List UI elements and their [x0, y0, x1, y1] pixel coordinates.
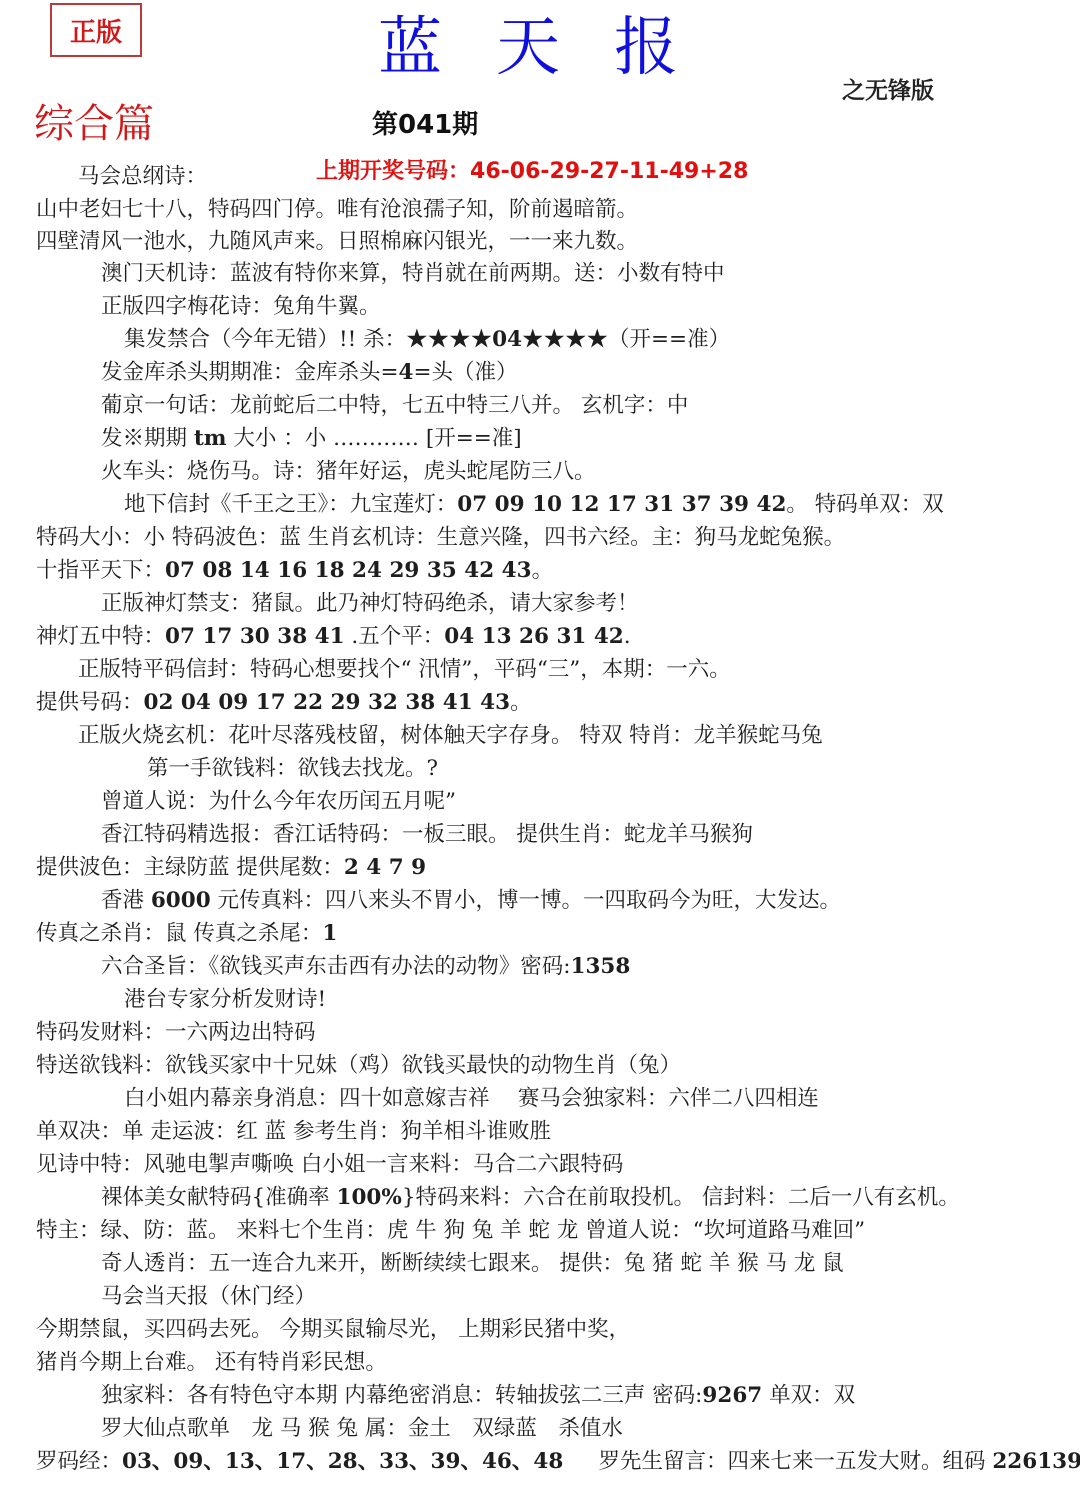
text-line: 罗大仙点歌单 龙 马 猴 兔 属：金土 双绿蓝 杀值水 — [101, 1415, 623, 1443]
text-line: 罗码经：03、09、13、17、28、33、39、46、48 罗先生留言：四来七… — [36, 1448, 1080, 1476]
text-line: 正版四字梅花诗：兔角牛翼。 — [101, 293, 381, 321]
text-line: 火车头：烧伤马。诗：猪年好运，虎头蛇尾防三八。 — [101, 458, 596, 486]
text-line: 第一手欲钱料：欲钱去找龙。? — [147, 755, 438, 783]
text-line: 山中老妇七十八，特码四门停。唯有沧浪孺子知，阶前遏暗箭。 — [36, 196, 638, 224]
text-line: 香港 6000 元传真料：四八来头不胃小，博一博。一四取码今为旺，大发达。 — [101, 887, 841, 915]
text-line: 六合圣旨：《欲钱买声东击西有办法的动物》密码:1358 — [101, 953, 630, 981]
issue-number: 第041期 — [372, 104, 478, 141]
text-line: 马会总纲诗： — [78, 163, 207, 191]
text-line: 四壁清风一池水，九随风声来。日照棉麻闪银光，一一来九数。 — [36, 228, 638, 256]
text-line: 澳门天机诗：蓝波有特你来算，特肖就在前两期。送：小数有特中 — [101, 260, 725, 288]
text-line: 单双决：单 走运波：红 蓝 参考生肖：狗羊相斗谁败胜 — [36, 1118, 551, 1146]
genuine-edition-stamp: 正版 — [50, 3, 142, 57]
text-line: 见诗中特：风驰电掣声嘶唤 白小姐一言来料：马合二六跟特码 — [36, 1151, 623, 1179]
section-title: 综合篇 — [34, 92, 154, 149]
text-line: 地下信封《千王之王》：九宝莲灯：07 09 10 12 17 31 37 39 … — [124, 491, 944, 519]
masthead-char-1: 蓝 — [378, 0, 442, 88]
text-line: 神灯五中特：07 17 30 38 41 .五个平：04 13 26 31 42… — [36, 623, 631, 651]
text-line: 正版特平码信封：特码心想要找个“ 汛情”，平码“三”，本期：一六。 — [78, 656, 731, 684]
text-line: 裸体美女献特码{准确率 100%}特码来料：六合在前取投机。 信封料：二后一八有… — [101, 1184, 960, 1212]
last-draw-label: 上期开奖号码： — [316, 159, 470, 184]
text-line: 港台专家分析发财诗! — [124, 986, 326, 1014]
stamp-text: 正版 — [70, 12, 122, 49]
text-line: 发※期期 tm 大小 ：小 ………… [开==准] — [101, 425, 522, 453]
text-line: 香江特码精选报：香江话特码：一板三眼。 提供生肖：蛇龙羊马猴狗 — [101, 821, 753, 849]
text-line: 曾道人说：为什么今年农历闰五月呢” — [101, 788, 456, 816]
last-draw-results: 上期开奖号码：46-06-29-27-11-49+28 — [316, 154, 748, 185]
text-line: 集发禁合（今年无错）!! 杀：★★★★04★★★★（开==准） — [124, 326, 730, 354]
text-line: 猪肖今期上台难。 还有特肖彩民想。 — [36, 1349, 387, 1377]
text-line: 葡京一句话：龙前蛇后二中特，七五中特三八并。 玄机字：中 — [101, 392, 688, 420]
edition-label: 之无锋版 — [842, 72, 934, 105]
masthead-title: 蓝 天 报 — [378, 2, 678, 82]
text-line: 特主：绿、防：蓝。 来料七个生肖：虎 牛 狗 兔 羊 蛇 龙 曾道人说：“坎坷道… — [36, 1217, 865, 1245]
text-line: 马会当天报（休门经） — [101, 1283, 316, 1311]
text-line: 独家料：各有特色守本期 内幕绝密消息：转轴拔弦二三声 密码:9267 单双：双 — [101, 1382, 855, 1410]
text-line: 正版火烧玄机：花叶尽落残枝留，树体触天字存身。 特双 特肖：龙羊猴蛇马兔 — [78, 722, 823, 750]
text-line: 今期禁鼠，买四码去死。 今期买鼠输尽光， 上期彩民猪中奖， — [36, 1316, 630, 1344]
text-line: 发金库杀头期期准：金库杀头=4=头（准） — [101, 359, 518, 387]
text-line: 奇人透肖：五一连合九来开，断断续续七跟来。 提供：兔 猪 蛇 羊 猴 马 龙 鼠 — [101, 1250, 844, 1278]
text-line: 提供号码：02 04 09 17 22 29 32 38 41 43。 — [36, 689, 532, 717]
text-line: 正版神灯禁支：猪鼠。此乃神灯特码绝杀，请大家参考！ — [101, 590, 639, 618]
last-draw-numbers: 46-06-29-27-11-49+28 — [470, 159, 748, 184]
text-line: 特码大小：小 特码波色：蓝 生肖玄机诗：生意兴隆，四书六经。主：狗马龙蛇兔猴。 — [36, 524, 845, 552]
text-line: 传真之杀肖：鼠 传真之杀尾：1 — [36, 920, 337, 948]
text-line: 特送欲钱料：欲钱买家中十兄妹（鸡）欲钱买最快的动物生肖（兔） — [36, 1052, 681, 1080]
masthead-char-3: 报 — [614, 0, 678, 88]
text-line: 白小姐内幕亲身消息：四十如意嫁吉祥 赛马会独家料：六伴二八四相连 — [124, 1085, 819, 1113]
masthead-char-2: 天 — [496, 0, 560, 88]
text-line: 特码发财料：一六两边出特码 — [36, 1019, 316, 1047]
text-line: 提供波色：主绿防蓝 提供尾数：2 4 7 9 — [36, 854, 426, 882]
text-line: 十指平天下：07 08 14 16 18 24 29 35 42 43。 — [36, 557, 553, 585]
